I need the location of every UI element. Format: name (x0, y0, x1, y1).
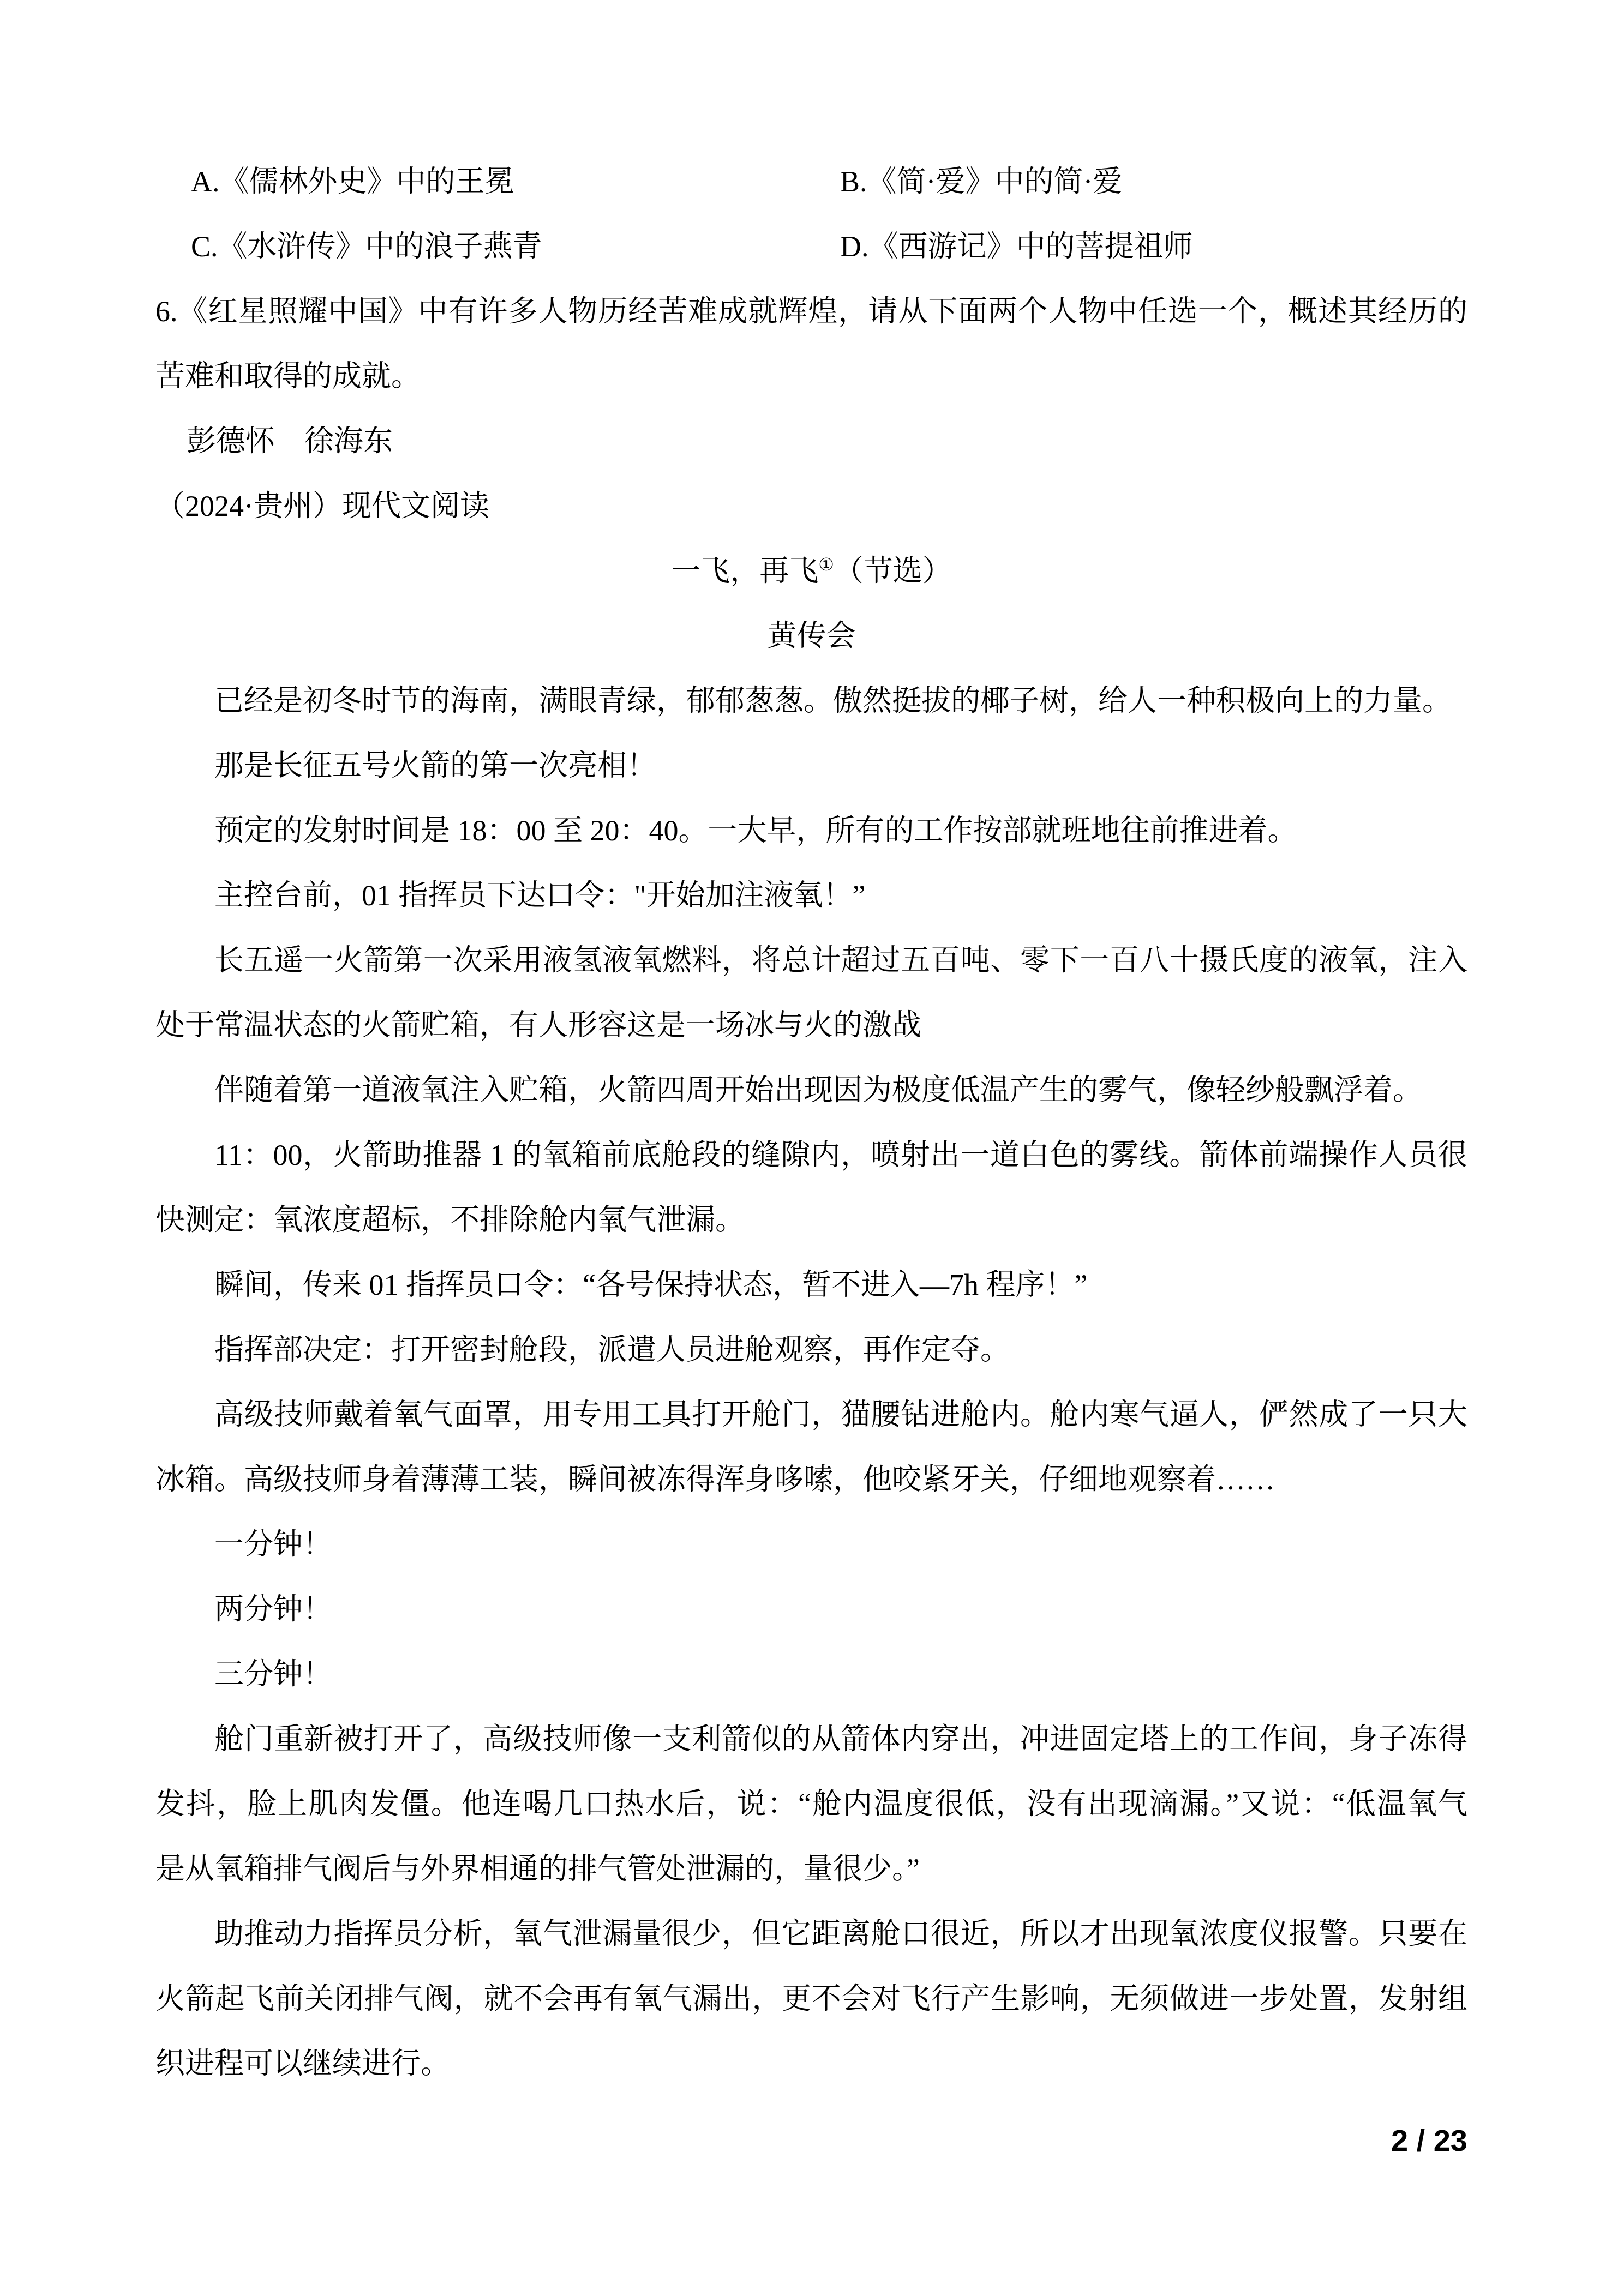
article-title-main: 一飞，再飞 (671, 555, 818, 587)
question6-line1: 6.《红星照耀中国》中有许多人物历经苦难成就辉煌，请从下面两个人物中任选一个，概… (155, 279, 1467, 344)
option-c: C.《水浒传》中的浪子燕青 (191, 214, 542, 279)
question6-candidates: 彭德怀 徐海东 (155, 409, 1467, 474)
article-line: 预定的发射时间是 18：00 至 20：40。一大早，所有的工作按部就班地往前推… (155, 798, 1467, 863)
article-title-note-ref: ① (818, 555, 834, 574)
article-line: 舱门重新被打开了，高级技师像一支利箭似的从箭体内穿出，冲进固定塔上的工作间，身子… (155, 1707, 1467, 1772)
article-line: 三分钟！ (155, 1642, 1467, 1707)
article-line: 快测定：氧浓度超标，不排除舱内氧气泄漏。 (155, 1188, 1467, 1253)
article-line: 那是长征五号火箭的第一次亮相！ (155, 734, 1467, 798)
option-a: A.《儒林外史》中的王冕 (191, 149, 514, 214)
article-body: 已经是初冬时节的海南，满眼青绿，郁郁葱葱。傲然挺拔的椰子树，给人一种积极向上的力… (155, 669, 1467, 2096)
page-content: A.《儒林外史》中的王冕 B.《简·爱》中的简·爱 C.《水浒传》中的浪子燕青 … (155, 149, 1467, 2096)
article-author: 黄传会 (155, 604, 1467, 669)
article-line: 两分钟！ (155, 1577, 1467, 1642)
article-line: 长五遥一火箭第一次采用液氢液氧燃料，将总计超过五百吨、零下一百八十摄氏度的液氧，… (155, 928, 1467, 993)
document-page: A.《儒林外史》中的王冕 B.《简·爱》中的简·爱 C.《水浒传》中的浪子燕青 … (0, 0, 1624, 2296)
article-line: 助推动力指挥员分析，氧气泄漏量很少，但它距离舱口很近，所以才出现氧浓度仪报警。只… (155, 1902, 1467, 1967)
option-b: B.《简·爱》中的简·爱 (840, 149, 1122, 214)
article-title: 一飞，再飞①（节选） (155, 539, 1467, 604)
article-line: 伴随着第一道液氧注入贮箱，火箭四周开始出现因为极度低温产生的雾气，像轻纱般飘浮着… (155, 1058, 1467, 1123)
article-line: 一分钟！ (155, 1512, 1467, 1577)
article-line: 11：00，火箭助推器 1 的氧箱前底舱段的缝隙内，喷射出一道白色的雾线。箭体前… (155, 1123, 1467, 1188)
options-row-1: A.《儒林外史》中的王冕 B.《简·爱》中的简·爱 (155, 149, 1467, 214)
source-label: （2024·贵州）现代文阅读 (155, 474, 1467, 539)
article-line: 发抖，脸上肌肉发僵。他连喝几口热水后，说：“舱内温度很低，没有出现滴漏。”又说：… (155, 1772, 1467, 1837)
article-line: 主控台前，01 指挥员下达口令："开始加注液氧！” (155, 863, 1467, 928)
article-line: 火箭起飞前关闭排气阀，就不会再有氧气漏出，更不会对飞行产生影响，无须做进一步处置… (155, 1967, 1467, 2031)
article-title-suffix: （节选） (834, 555, 952, 587)
article-line: 高级技师戴着氧气面罩，用专用工具打开舱门，猫腰钻进舱内。舱内寒气逼人，俨然成了一… (155, 1383, 1467, 1447)
page-number: 2 / 23 (1391, 2108, 1467, 2173)
article-line: 冰箱。高级技师身着薄薄工装，瞬间被冻得浑身哆嗦，他咬紧牙关，仔细地观察着…… (155, 1447, 1467, 1512)
article-line: 已经是初冬时节的海南，满眼青绿，郁郁葱葱。傲然挺拔的椰子树，给人一种积极向上的力… (155, 669, 1467, 734)
option-d: D.《西游记》中的菩提祖师 (840, 214, 1193, 279)
article-line: 瞬间，传来 01 指挥员口令：“各号保持状态，暂不进入—7h 程序！” (155, 1253, 1467, 1318)
article-line: 指挥部决定：打开密封舱段，派遣人员进舱观察，再作定夺。 (155, 1318, 1467, 1383)
options-row-2: C.《水浒传》中的浪子燕青 D.《西游记》中的菩提祖师 (155, 214, 1467, 279)
question6-line2: 苦难和取得的成就。 (155, 344, 1467, 409)
article-line: 织进程可以继续进行。 (155, 2031, 1467, 2096)
article-line: 是从氧箱排气阀后与外界相通的排气管处泄漏的，量很少。” (155, 1837, 1467, 1902)
article-line: 处于常温状态的火箭贮箱，有人形容这是一场冰与火的激战 (155, 993, 1467, 1058)
